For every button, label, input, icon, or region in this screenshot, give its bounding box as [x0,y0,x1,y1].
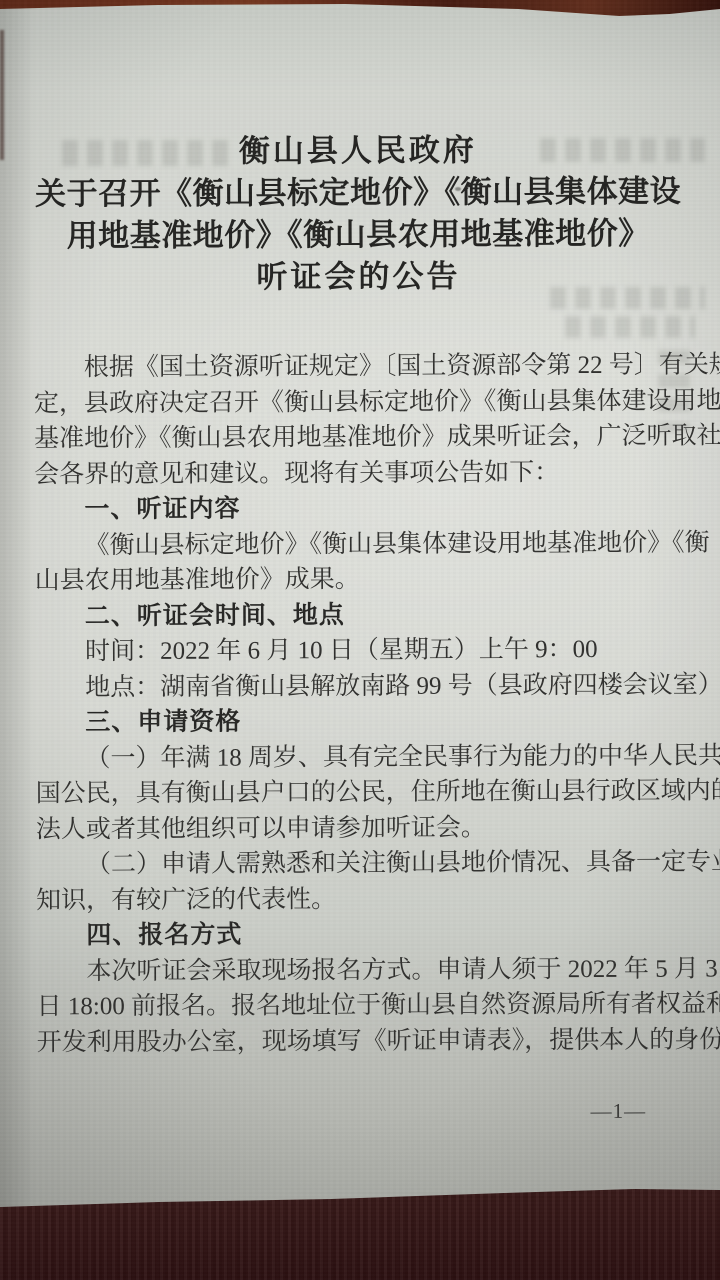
body-line: 会各界的意见和建议。现将有关事项公告如下： [34,454,690,492]
document-body: 根据《国土资源听证规定》〔国土资源部令第 22 号〕有关规 定，县政府决定召开《… [34,348,693,1061]
body-line: 地点：湖南省衡山县解放南路 99 号（县政府四楼会议室） [35,667,691,705]
title-line-4: 听证会的公告 [0,254,719,299]
body-line: 开发利用股办公室，现场填写《听证申请表》，提供本人的身份 [37,1022,693,1060]
body-line: 国公民，具有衡山县户口的公民，住所地在衡山县行政区域内的 [36,774,692,812]
body-line: 日 18:00 前报名。报名地址位于衡山县自然资源局所有者权益和 [37,987,693,1025]
paper-sheet: 衡山县人民政府 关于召开《衡山县标定地价》《衡山县集体建设 用地基准地价》《衡山… [0,0,720,1280]
body-line: 时间：2022 年 6 月 10 日（星期五）上午 9：00 [35,632,691,670]
body-line: 定，县政府决定召开《衡山县标定地价》《衡山县集体建设用地 [34,383,690,421]
body-line: 山县农用地基准地价》成果。 [35,561,691,599]
section-heading: 四、报名方式 [36,916,692,954]
photo-of-document: 衡山县人民政府 关于召开《衡山县标定地价》《衡山县集体建设 用地基准地价》《衡山… [0,0,720,1280]
page-number: —1— [591,1099,647,1124]
title-line-2: 关于召开《衡山县标定地价》《衡山县集体建设 [0,170,718,215]
section-heading: 二、听证会时间、地点 [35,596,691,634]
body-line: 本次听证会采取现场报名方式。申请人须于 2022 年 5 月 31 [36,951,692,989]
section-heading: 一、听证内容 [34,490,690,528]
body-line: 《衡山县标定地价》《衡山县集体建设用地基准地价》《衡 [35,525,691,563]
title-line-3: 用地基准地价》《衡山县农用地基准地价》 [0,212,718,257]
document-title: 衡山县人民政府 关于召开《衡山县标定地价》《衡山县集体建设 用地基准地价》《衡山… [0,128,719,299]
title-line-1: 衡山县人民政府 [0,128,718,173]
document-content: 衡山县人民政府 关于召开《衡山县标定地价》《衡山县集体建设 用地基准地价》《衡山… [0,0,720,1280]
body-line: （一）年满 18 周岁、具有完全民事行为能力的中华人民共和 [35,738,691,776]
body-line: 法人或者其他组织可以申请参加听证会。 [36,809,692,847]
body-line: 基准地价》《衡山县农用地基准地价》成果听证会，广泛听取社 [34,419,690,457]
body-line: 知识，有较广泛的代表性。 [36,880,692,918]
section-heading: 三、申请资格 [35,703,691,741]
body-line: （二）申请人需熟悉和关注衡山县地价情况、具备一定专业 [36,845,692,883]
body-line: 根据《国土资源听证规定》〔国土资源部令第 22 号〕有关规 [34,348,690,386]
